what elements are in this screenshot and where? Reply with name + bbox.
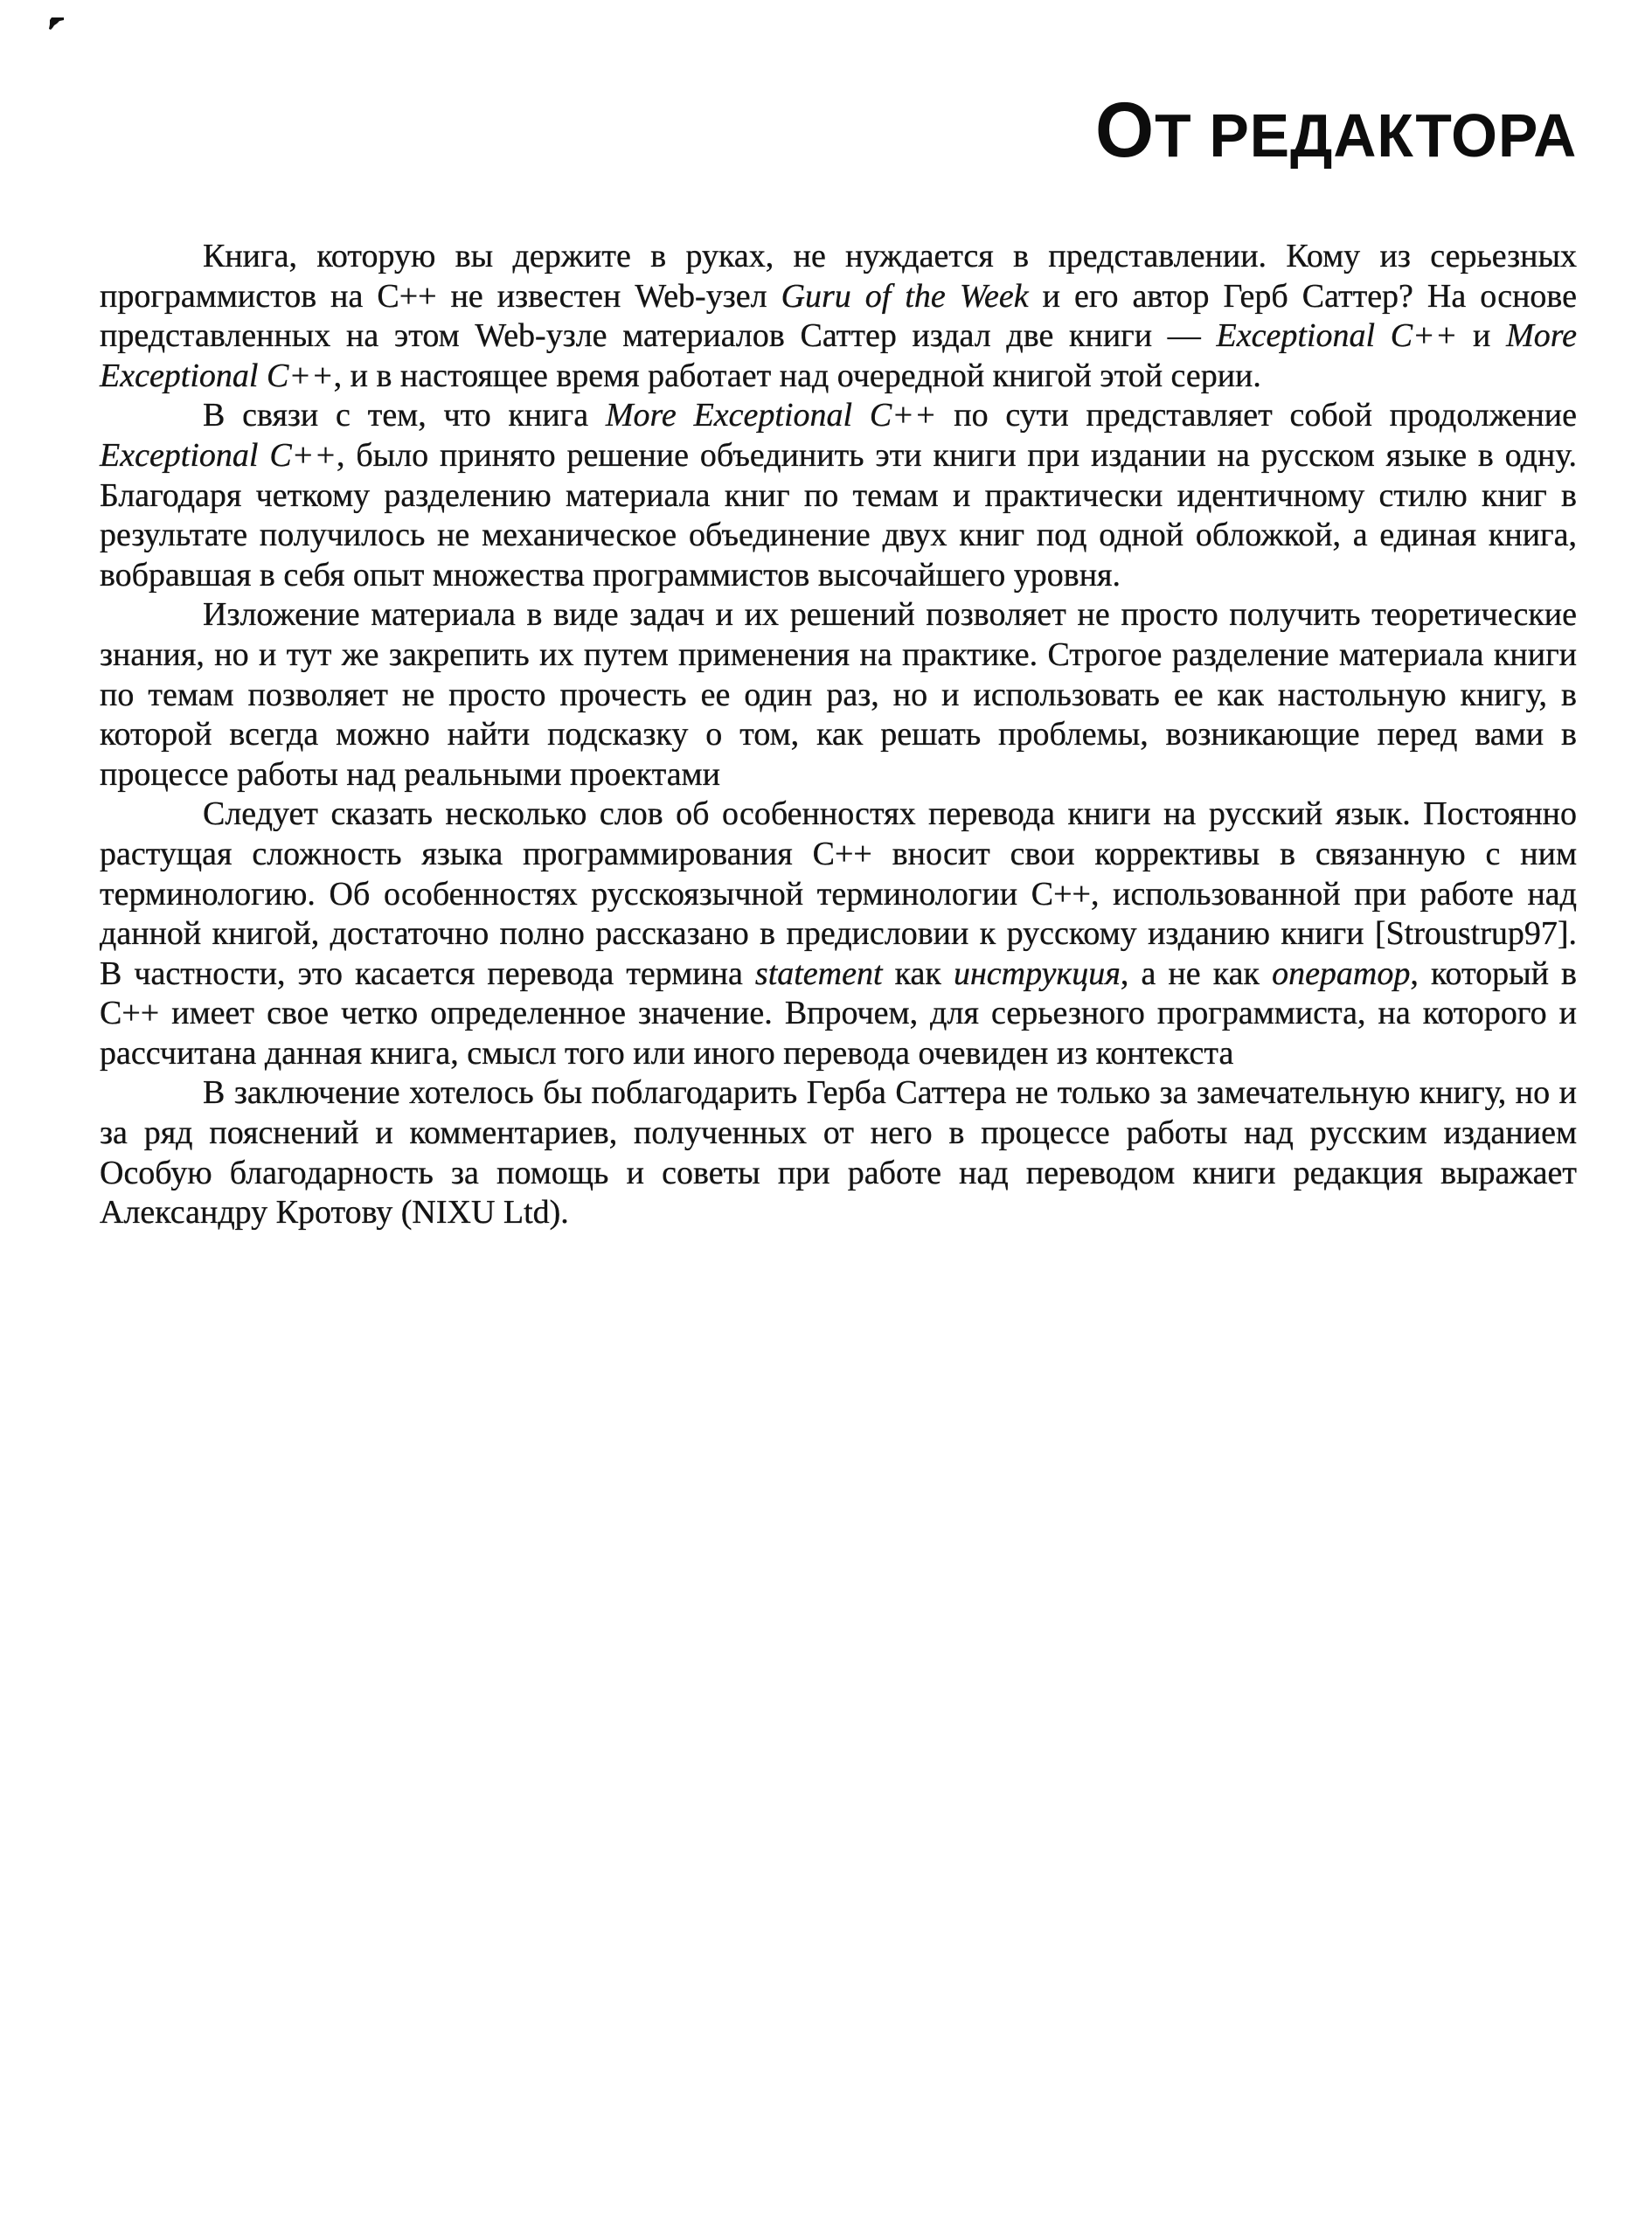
italic-text-run: statement — [755, 955, 883, 992]
italic-text-run: More Exceptional C++ — [606, 397, 937, 434]
text-run: по сути представляет собой продолжение — [936, 397, 1577, 434]
italic-text-run: инструкция — [954, 955, 1121, 992]
text-run: как — [883, 955, 954, 992]
book-page: ОТ РЕДАКТОРА Книга, которую вы держите в… — [0, 0, 1652, 2235]
scan-ink-mark — [49, 17, 66, 31]
text-run: В связи с тем, что книга — [203, 397, 606, 434]
italic-text-run: оператор — [1272, 955, 1410, 992]
italic-text-run: Guru of the Week — [781, 278, 1029, 315]
italic-text-run: Exceptional C++ — [1217, 317, 1458, 354]
paragraph: Изложение материала в виде задач и их ре… — [100, 595, 1577, 795]
italic-text-run: Exceptional C++ — [100, 437, 337, 474]
paragraph: В связи с тем, что книга More Exceptiona… — [100, 396, 1577, 595]
text-run: , а не как — [1121, 955, 1272, 992]
body-text: Книга, которую вы держите в руках, не ну… — [100, 237, 1577, 1233]
paragraph: Следует сказать несколько слов об особен… — [100, 795, 1577, 1073]
paragraph: В заключение хотелось бы поблагодарить Г… — [100, 1073, 1577, 1232]
paragraph: Книга, которую вы держите в руках, не ну… — [100, 237, 1577, 396]
text-run: В заключение хотелось бы поблагодарить Г… — [100, 1074, 1577, 1231]
text-run: , и в настоящее время работает над очере… — [334, 357, 1261, 394]
text-run: Изложение материала в виде задач и их ре… — [100, 596, 1577, 792]
page-title: ОТ РЕДАКТОРА — [1095, 91, 1577, 174]
text-run: и — [1457, 317, 1506, 354]
